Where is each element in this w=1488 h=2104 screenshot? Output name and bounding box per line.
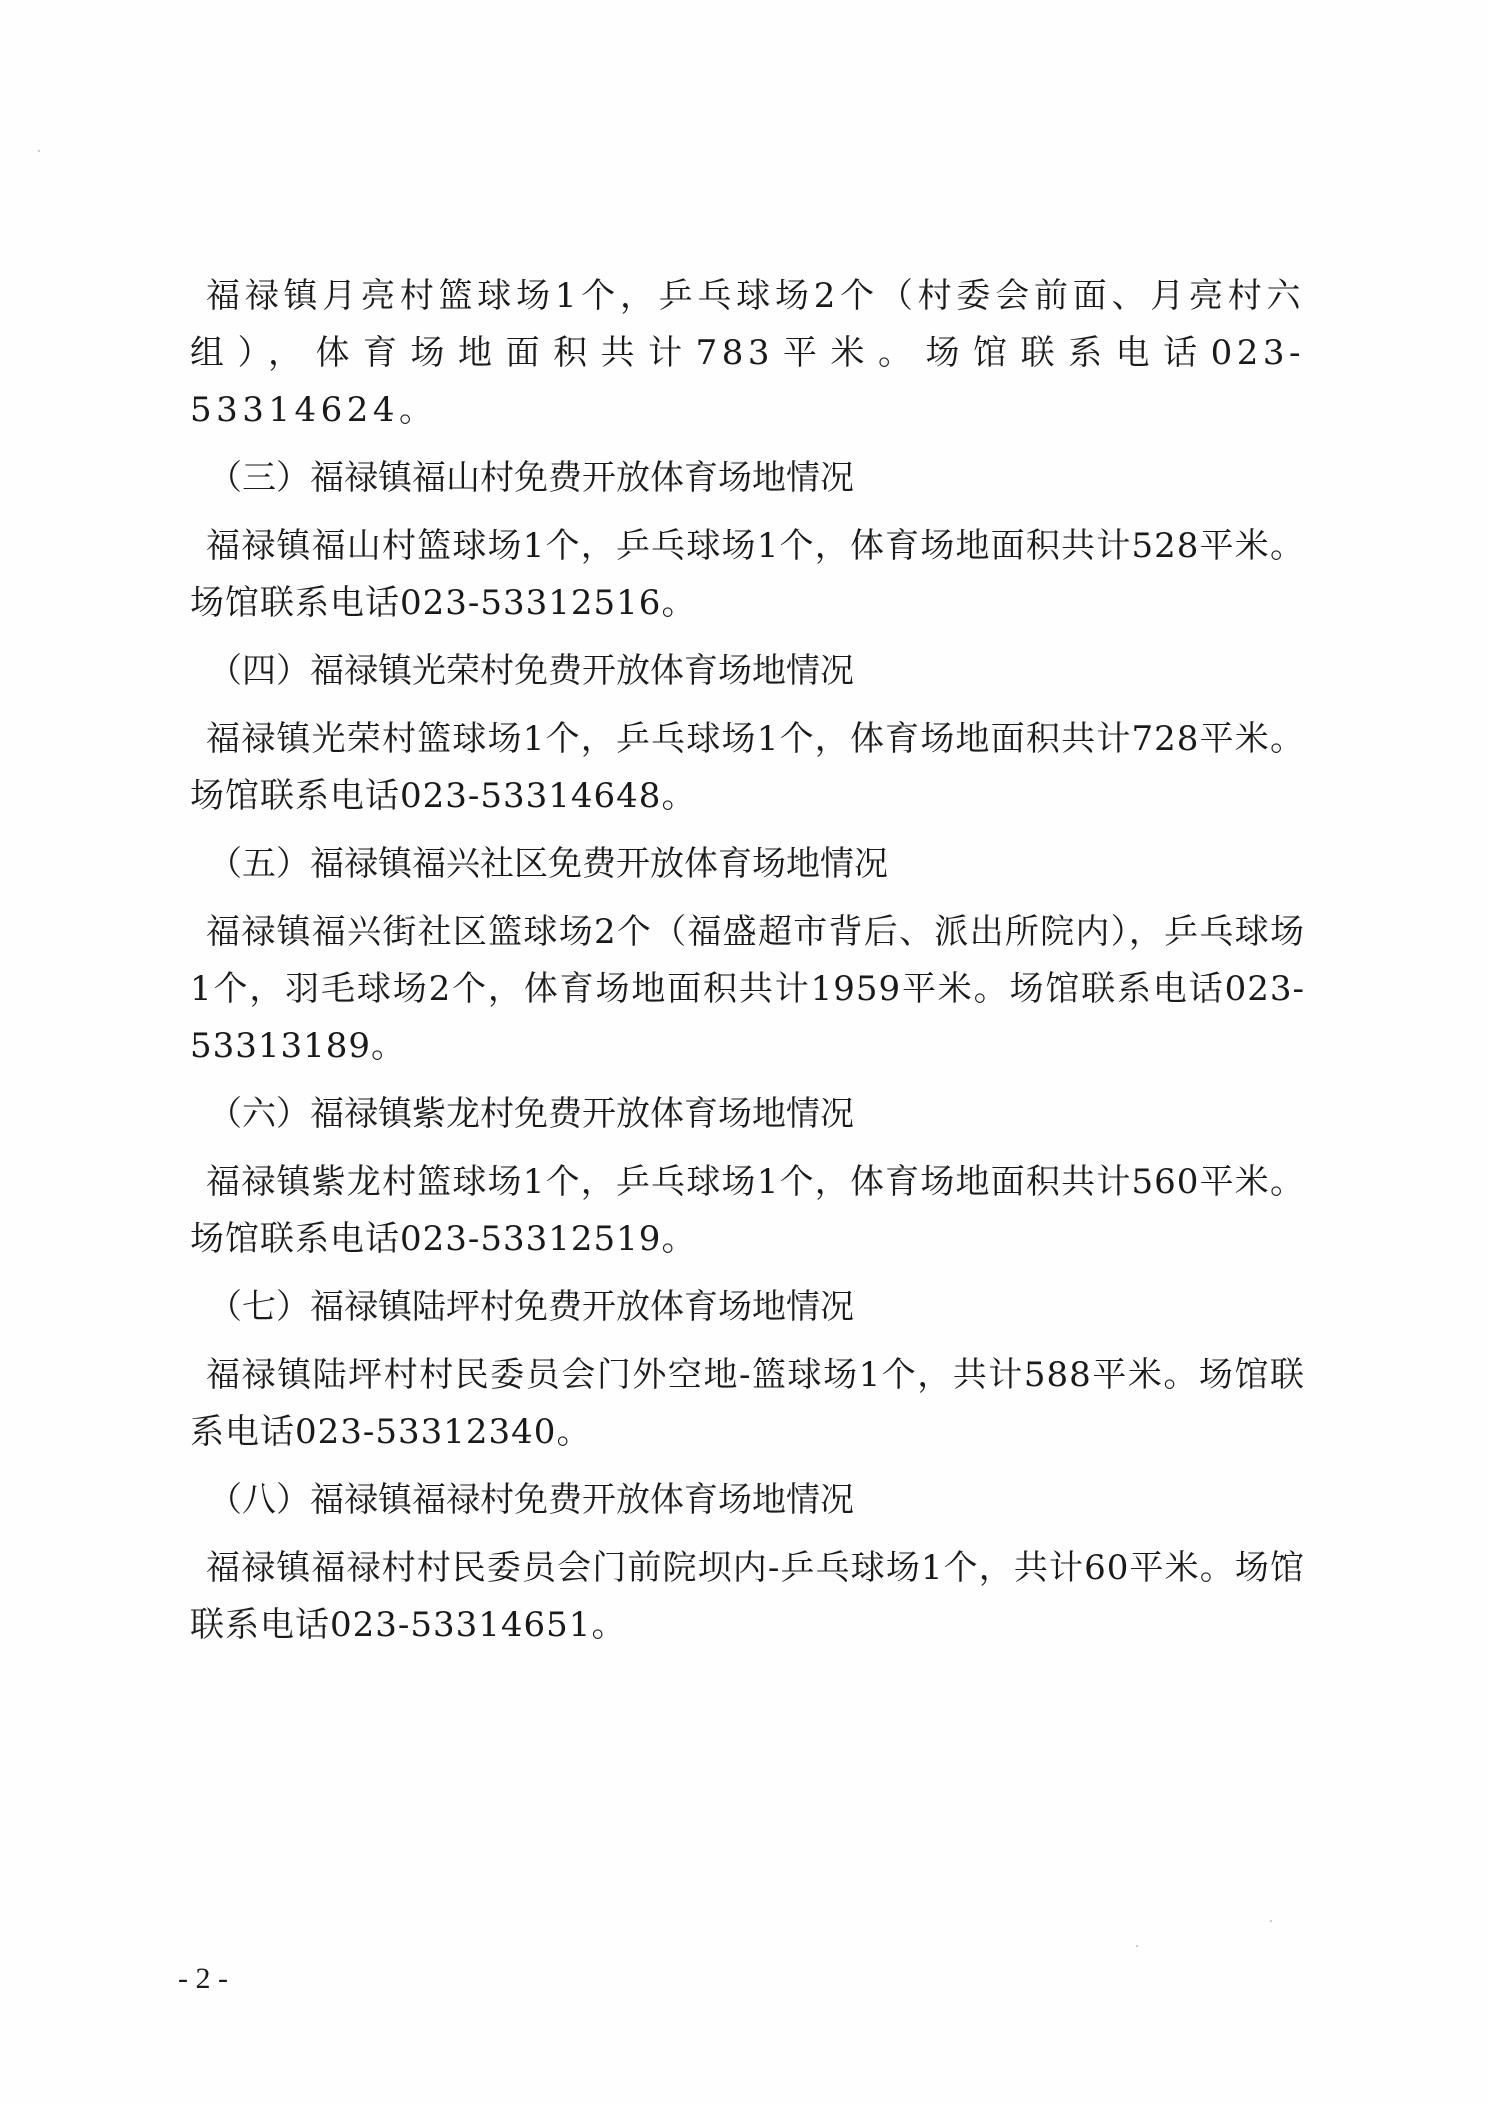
section-body-6: 福禄镇紫龙村篮球场1个，乒乓球场1个，体育场地面积共计560平米。场馆联系电话0… — [190, 1154, 1305, 1268]
document-page: 福禄镇月亮村篮球场1个，乒乓球场2个（村委会前面、月亮村六组），体育场地面积共计… — [0, 0, 1488, 2104]
intro-paragraph: 福禄镇月亮村篮球场1个，乒乓球场2个（村委会前面、月亮村六组），体育场地面积共计… — [190, 268, 1305, 439]
section-heading-5: （五）福禄镇福兴社区免费开放体育场地情况 — [190, 836, 1305, 893]
section-body-3: 福禄镇福山村篮球场1个，乒乓球场1个，体育场地面积共计528平米。场馆联系电话0… — [190, 518, 1305, 632]
document-body: 福禄镇月亮村篮球场1个，乒乓球场2个（村委会前面、月亮村六组），体育场地面积共计… — [190, 268, 1305, 1654]
section-heading-7: （七）福禄镇陆坪村免费开放体育场地情况 — [190, 1279, 1305, 1336]
scan-speck — [38, 150, 40, 152]
section-heading-3: （三）福禄镇福山村免费开放体育场地情况 — [190, 450, 1305, 507]
section-body-7: 福禄镇陆坪村村民委员会门外空地-篮球场1个，共计588平米。场馆联系电话023-… — [190, 1347, 1305, 1461]
section-body-4: 福禄镇光荣村篮球场1个，乒乓球场1个，体育场地面积共计728平米。场馆联系电话0… — [190, 711, 1305, 825]
page-number: - 2 - — [178, 1962, 228, 1996]
section-body-5: 福禄镇福兴街社区篮球场2个（福盛超市背后、派出所院内），乒乓球场1个，羽毛球场2… — [190, 904, 1305, 1075]
scan-speck — [1270, 1920, 1272, 1922]
section-heading-6: （六）福禄镇紫龙村免费开放体育场地情况 — [190, 1086, 1305, 1143]
section-heading-4: （四）福禄镇光荣村免费开放体育场地情况 — [190, 643, 1305, 700]
scan-speck — [1136, 1945, 1138, 1947]
section-body-8: 福禄镇福禄村村民委员会门前院坝内-乒乓球场1个，共计60平米。场馆联系电话023… — [190, 1540, 1305, 1654]
section-heading-8: （八）福禄镇福禄村免费开放体育场地情况 — [190, 1472, 1305, 1529]
